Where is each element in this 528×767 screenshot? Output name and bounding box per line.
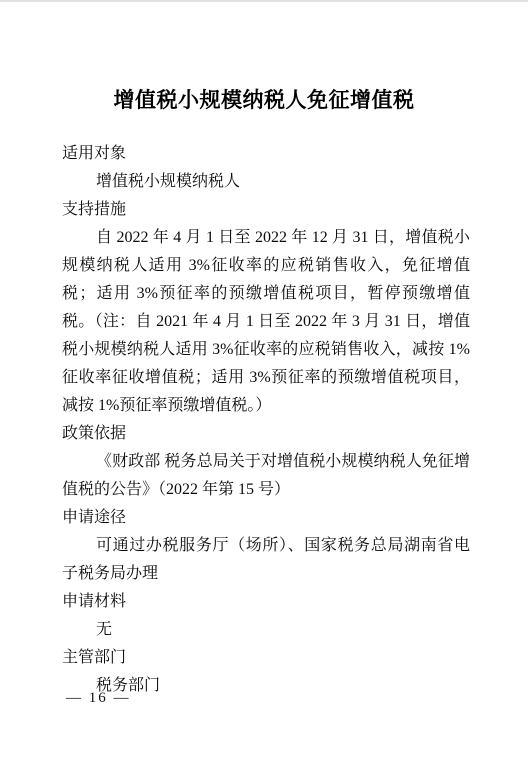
page-number: — 16 — bbox=[66, 690, 131, 707]
section-paragraph: 可通过办税服务厅（场所）、国家税务总局湖南省电子税务局办理 bbox=[62, 532, 470, 588]
section-heading-competent-department: 主管部门 bbox=[62, 644, 470, 672]
document-body: 适用对象 增值税小规模纳税人 支持措施 自 2022 年 4 月 1 日至 20… bbox=[62, 140, 470, 700]
section-paragraph: 无 bbox=[62, 616, 470, 644]
document-title: 增值税小规模纳税人免征增值税 bbox=[0, 0, 528, 113]
document-page: 增值税小规模纳税人免征增值税 适用对象 增值税小规模纳税人 支持措施 自 202… bbox=[0, 0, 528, 767]
page-top-edge bbox=[0, 0, 528, 2]
section-heading-policy-basis: 政策依据 bbox=[62, 420, 470, 448]
section-heading-applicable-object: 适用对象 bbox=[62, 140, 470, 168]
section-paragraph: 《财政部 税务总局关于对增值税小规模纳税人免征增值税的公告》（2022 年第 1… bbox=[62, 448, 470, 504]
section-heading-support-measures: 支持措施 bbox=[62, 196, 470, 224]
section-heading-application-channel: 申请途径 bbox=[62, 504, 470, 532]
section-paragraph: 增值税小规模纳税人 bbox=[62, 168, 470, 196]
section-paragraph: 自 2022 年 4 月 1 日至 2022 年 12 月 31 日，增值税小规… bbox=[62, 224, 470, 420]
section-heading-application-materials: 申请材料 bbox=[62, 588, 470, 616]
